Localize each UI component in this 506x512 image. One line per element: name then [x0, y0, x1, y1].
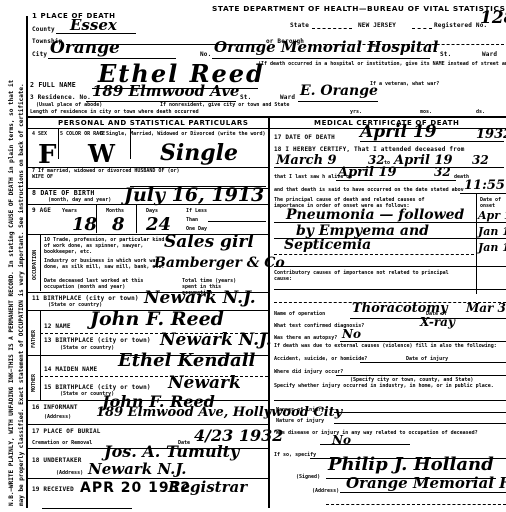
cause-2: by Empyema and [296, 224, 429, 238]
age-label: 9 AGE [32, 207, 51, 214]
margin-line-2: may be properly classified. Exact statem… [18, 83, 26, 506]
date-of-death-label: 17 DATE OF DEATH [274, 134, 335, 141]
mother-maiden-label: 14 MAIDEN NAME [44, 366, 97, 373]
father-name-label: 12 NAME [44, 323, 71, 330]
institution-note: (If death occurred in a hospital or inst… [258, 61, 506, 67]
column-divider [268, 116, 270, 508]
onset-1: Apr 14 [478, 210, 506, 221]
operation-date-value: Mar 31 [466, 302, 506, 314]
mother-birthplace-value: Newark [168, 375, 241, 392]
residence-label: 3 Residence. No. [30, 94, 91, 101]
where-injury-label: Where did injury occur? [274, 369, 343, 375]
undertaker-address-value: Newark N.J. [88, 462, 187, 477]
birth-sub: (month, day and year) [48, 197, 111, 203]
if-veteran-note: If a veteran, what war? [370, 81, 439, 87]
registrar-signature: Registrar [168, 480, 247, 495]
trade-label: 10 Trade, profession, or particular kind… [44, 237, 168, 255]
undertaker-address-label: (Address) [56, 470, 83, 476]
onset-label: Date of onset [480, 197, 506, 209]
age-years-value: 18 [72, 216, 97, 234]
certify-label: 18 I HEREBY CERTIFY, That I attended dec… [274, 146, 465, 153]
manner-label: Manner of injury [276, 407, 324, 413]
external-causes-label: If death was due to external causes (vio… [274, 343, 506, 349]
ds-label: ds. [476, 109, 485, 115]
margin-instructions: N.B.—WRITE PLAINLY, WITH UNFADING INK—TH… [2, 18, 26, 508]
attended-to-year: 32 [472, 154, 489, 166]
residence-st-label: St. [240, 94, 251, 101]
signed-label: (Signed) [296, 474, 320, 480]
institution-no-label: No. [200, 51, 211, 58]
mother-side-label: MOTHER [31, 374, 37, 392]
residence-value: 189 Elmwood Ave [92, 84, 239, 99]
last-saw-value: April 19 [338, 166, 397, 179]
street-label: St. [440, 51, 451, 58]
contributory-label: Contributory causes of importance not re… [274, 270, 464, 282]
foreign-note: If nonresident, give city or town and St… [160, 102, 289, 108]
autopsy-value: No [342, 328, 361, 340]
accident-label: Accident, suicide, or homicide? [274, 356, 367, 362]
father-side-label: FATHER [31, 330, 37, 348]
trade-value: Sales girl [164, 234, 254, 251]
onset-2: Jan 1932 [478, 226, 506, 237]
marital-value: Single [160, 142, 238, 164]
than-label: Than [186, 217, 198, 223]
color-label: 5 COLOR OR RACE [60, 131, 105, 137]
attended-from-value: March 9 [276, 154, 337, 167]
father-name-value: John F. Reed [90, 310, 224, 329]
personal-section-title: PERSONAL AND STATISTICAL PARTICULARS [58, 119, 248, 127]
sex-label: 4 SEX [32, 131, 47, 137]
residence-ward-label: Ward [280, 94, 295, 101]
sex-value: F [38, 142, 56, 168]
agency-title: STATE DEPARTMENT OF HEALTH—BUREAU OF VIT… [212, 4, 506, 13]
cremation-label: Cremation or Removal [32, 440, 92, 446]
county-value: Essex [70, 18, 117, 33]
state-label: State [290, 22, 309, 29]
date-of-death-value: April 19 [360, 124, 437, 141]
nature-label: Nature of injury [276, 418, 324, 424]
ward-label-top: Ward [482, 51, 497, 58]
father-birthplace-label: 13 BIRTHPLACE (city or town) [44, 337, 151, 344]
death-time-value: 11:55 A [464, 179, 506, 192]
county-label: County [32, 26, 55, 33]
father-birthplace-sub: (State or country) [60, 345, 114, 351]
cause-3: Septicemia [284, 238, 371, 252]
death-said-label: and that death is said to have occurred … [274, 187, 464, 193]
last-saw-year: 32 [434, 166, 451, 178]
death-certificate: N.B.—WRITE PLAINLY, WITH UNFADING INK—TH… [0, 0, 506, 512]
city-value: Orange [50, 40, 120, 57]
occupation-side-label: OCCUPATION [32, 250, 38, 280]
operation-label: Name of operation [274, 311, 325, 317]
industry-value: Bamberger & Co [154, 256, 285, 270]
margin-border [26, 16, 28, 508]
full-name-label: 2 FULL NAME [30, 82, 76, 89]
birthplace-label: 11 BIRTHPLACE (city or town) [32, 295, 139, 302]
burial-label: 17 PLACE OF BURIAL [32, 428, 101, 435]
section-divider [28, 116, 506, 118]
onset-column-divider [476, 194, 477, 294]
birth-label: 8 DATE OF BIRTH [32, 190, 95, 197]
length-note: Length of residence in city or town wher… [30, 109, 199, 115]
findings-value: X-ray [420, 316, 455, 328]
color-value: W [88, 142, 115, 166]
registered-no-value: 128 [480, 10, 506, 27]
informant-address-label: (Address) [44, 414, 71, 420]
undertaker-value: Jos. A. Tumulty [104, 444, 239, 460]
state-value: NEW JERSEY [358, 22, 396, 29]
occupation-related-label: Was disease or injury in any way related… [276, 430, 506, 436]
spouse-label: 7 If married, widowed or divorced HUSBAN… [32, 168, 182, 180]
industry-label: Industry or business in which work was d… [44, 258, 168, 270]
physician-address-value: Orange Memorial Hospital [346, 476, 506, 491]
date-of-death-year: 1932 [476, 128, 506, 141]
father-birthplace-value: Newark N.J. [160, 332, 272, 349]
margin-line-1: N.B.—WRITE PLAINLY, WITH UNFADING INK—TH… [8, 80, 16, 506]
marital-label: 6 Single, Married, Widowed or Divorced (… [100, 131, 266, 137]
mother-maiden-value: Ethel Kendall [118, 352, 255, 370]
physician-address-label: (Address) [312, 488, 339, 494]
physician-signature: Philip J. Holland [328, 456, 494, 474]
onset-3: Jan 1932 [478, 242, 506, 253]
birthplace-value: Newark N.J. [144, 290, 256, 307]
birth-value: July 16, 1913 [124, 186, 264, 205]
institution-value: Orange Memorial Hospital [214, 40, 438, 55]
usual-place-note: (Usual place of abode) [36, 102, 102, 108]
residence-ward-value: E. Orange [300, 84, 378, 98]
informant-label: 16 INFORMANT [32, 404, 78, 411]
city-label: City [32, 51, 47, 58]
undertaker-label: 18 UNDERTAKER [32, 457, 82, 464]
age-months-value: 8 [112, 216, 125, 234]
if-less-label: If Less [186, 208, 207, 214]
specify-injury-label: Specify whether injury occurred in indus… [274, 383, 506, 389]
mother-birthplace-label: 15 BIRTHPLACE (city or town) [44, 384, 151, 391]
yrs-label: yrs. [350, 109, 362, 115]
mos-label: mos. [420, 109, 432, 115]
received-label: 19 RECEIVED [32, 486, 74, 493]
cause-1: Pneumonia — followed [286, 208, 464, 222]
autopsy-label: Was there an autopsy? [274, 335, 337, 341]
